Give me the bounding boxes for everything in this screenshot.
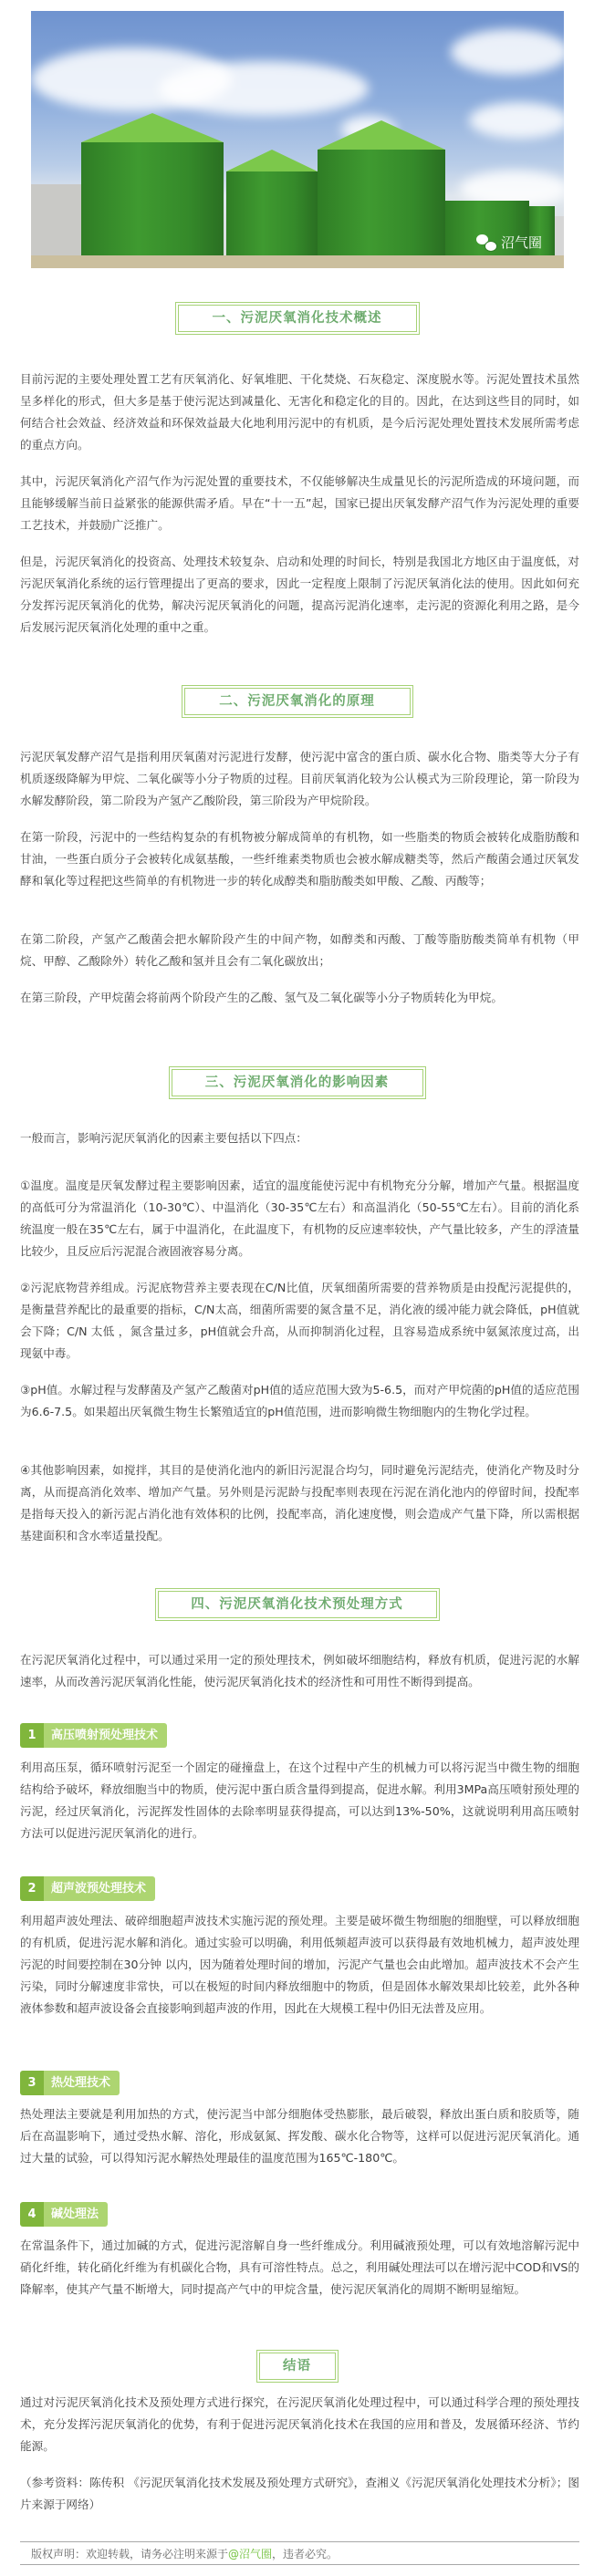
- references: （参考资料：陈传积 《污泥厌氧消化技术发展及预处理方式研究》，查湘义《污泥厌氧消…: [20, 2472, 579, 2516]
- paragraph: ④其他影响因素，如搅拌，其目的是使消化池内的新旧污泥混合均匀，同时避免污泥结壳，…: [20, 1459, 579, 1547]
- paragraph: 在第三阶段，产甲烷菌会将前两个阶段产生的乙酸、氢气及二氧化碳等小分子物质转化为甲…: [20, 987, 579, 1009]
- paragraph: 在常温条件下，通过加碱的方式，促进污泥溶解自身一些纤维成分。利用碱液预处理，可以…: [20, 2235, 579, 2301]
- method-number: 3: [20, 2071, 44, 2095]
- copyright-notice: 版权声明：欢迎转载，请务必注明来源于@沼气圈，违者必究。: [20, 2541, 579, 2565]
- method-number: 1: [20, 1723, 44, 1748]
- method-title: 高压喷射预处理技术: [44, 1723, 167, 1748]
- paragraph: 热处理法主要就是利用加热的方式，使污泥当中部分细胞体受热膨胀，最后破裂，释放出蛋…: [20, 2103, 579, 2169]
- brand-link[interactable]: @沼气圈: [228, 2548, 272, 2560]
- method-number: 4: [20, 2202, 44, 2227]
- paragraph: 目前污泥的主要处理处置工艺有厌氧消化、好氧堆肥、干化焚烧、石灰稳定、深度脱水等。…: [20, 369, 579, 456]
- section-title-principle: 二、污泥厌氧消化的原理: [184, 688, 411, 715]
- method-number: 2: [20, 1876, 44, 1901]
- paragraph: 在污泥厌氧消化过程中，可以通过采用一定的预处理技术，例如破坏细胞结构，释放有机质…: [20, 1649, 579, 1693]
- paragraph: 利用高压泵，循环喷射污泥至一个固定的碰撞盘上，在这个过程中产生的机械力可以将污泥…: [20, 1757, 579, 1844]
- paragraph: 其中，污泥厌氧消化产沼气作为污泥处置的重要技术，不仅能够解决生成量见长的污泥所造…: [20, 471, 579, 536]
- method-label-2: 2 超声波预处理技术: [20, 1876, 155, 1901]
- method-label-3: 3 热处理技术: [20, 2071, 120, 2095]
- paragraph: 在第二阶段，产氢产乙酸菌会把水解阶段产生的中间产物，如醇类和丙酸、丁酸等脂肪酸类…: [20, 929, 579, 972]
- paragraph: 利用超声波处理法、破碎细胞超声波技术实施污泥的预处理。主要是破坏微生物细胞的细胞…: [20, 1910, 579, 2020]
- paragraph: 但是，污泥厌氧消化的投资高、处理技术较复杂、启动和处理的时间长，特别是我国北方地…: [20, 551, 579, 639]
- section-title-overview: 一、污泥厌氧消化技术概述: [178, 305, 417, 332]
- paragraph: 一般而言，影响污泥厌氧消化的因素主要包括以下四点：: [20, 1127, 579, 1149]
- paragraph: 污泥厌氧发酵产沼气是指利用厌氧菌对污泥进行发酵，使污泥中富含的蛋白质、碳水化合物…: [20, 746, 579, 812]
- hero-image: 沼气圈: [31, 11, 564, 268]
- paragraph: ②污泥底物营养组成。污泥底物营养主要表现在C/N比值，厌氧细菌所需要的营养物质是…: [20, 1277, 579, 1365]
- section-title-conclusion: 结语: [259, 2353, 336, 2380]
- watermark: 沼气圈: [476, 233, 542, 252]
- method-label-4: 4 碱处理法: [20, 2202, 108, 2227]
- paragraph: 通过对污泥厌氧消化技术及预处理方式进行探究，在污泥厌氧消化处理过程中，可以通过科…: [20, 2392, 579, 2457]
- section-title-pretreatment: 四、污泥厌氧消化技术预处理方式: [158, 1591, 437, 1618]
- watermark-text: 沼气圈: [501, 233, 542, 252]
- paragraph: 在第一阶段，污泥中的一些结构复杂的有机物被分解成简单的有机物，如一些脂类的物质会…: [20, 826, 579, 892]
- copyright-prefix: 版权声明：欢迎转载，请务必注明来源于: [31, 2548, 228, 2560]
- method-label-1: 1 高压喷射预处理技术: [20, 1723, 167, 1748]
- copyright-suffix: ，违者必究。: [272, 2548, 338, 2560]
- paragraph: ③pH值。水解过程与发酵菌及产氢产乙酸菌对pH值的适应范围大致为5-6.5，而对…: [20, 1379, 579, 1423]
- paragraph: ①温度。温度是厌氧发酵过程主要影响因素，适宜的温度能使污泥中有机物充分分解，增加…: [20, 1175, 579, 1262]
- wechat-icon: [476, 234, 496, 251]
- section-title-factors: 三、污泥厌氧消化的影响因素: [172, 1069, 423, 1096]
- method-title: 碱处理法: [44, 2202, 108, 2227]
- method-title: 超声波预处理技术: [44, 1876, 155, 1901]
- method-title: 热处理技术: [44, 2071, 120, 2095]
